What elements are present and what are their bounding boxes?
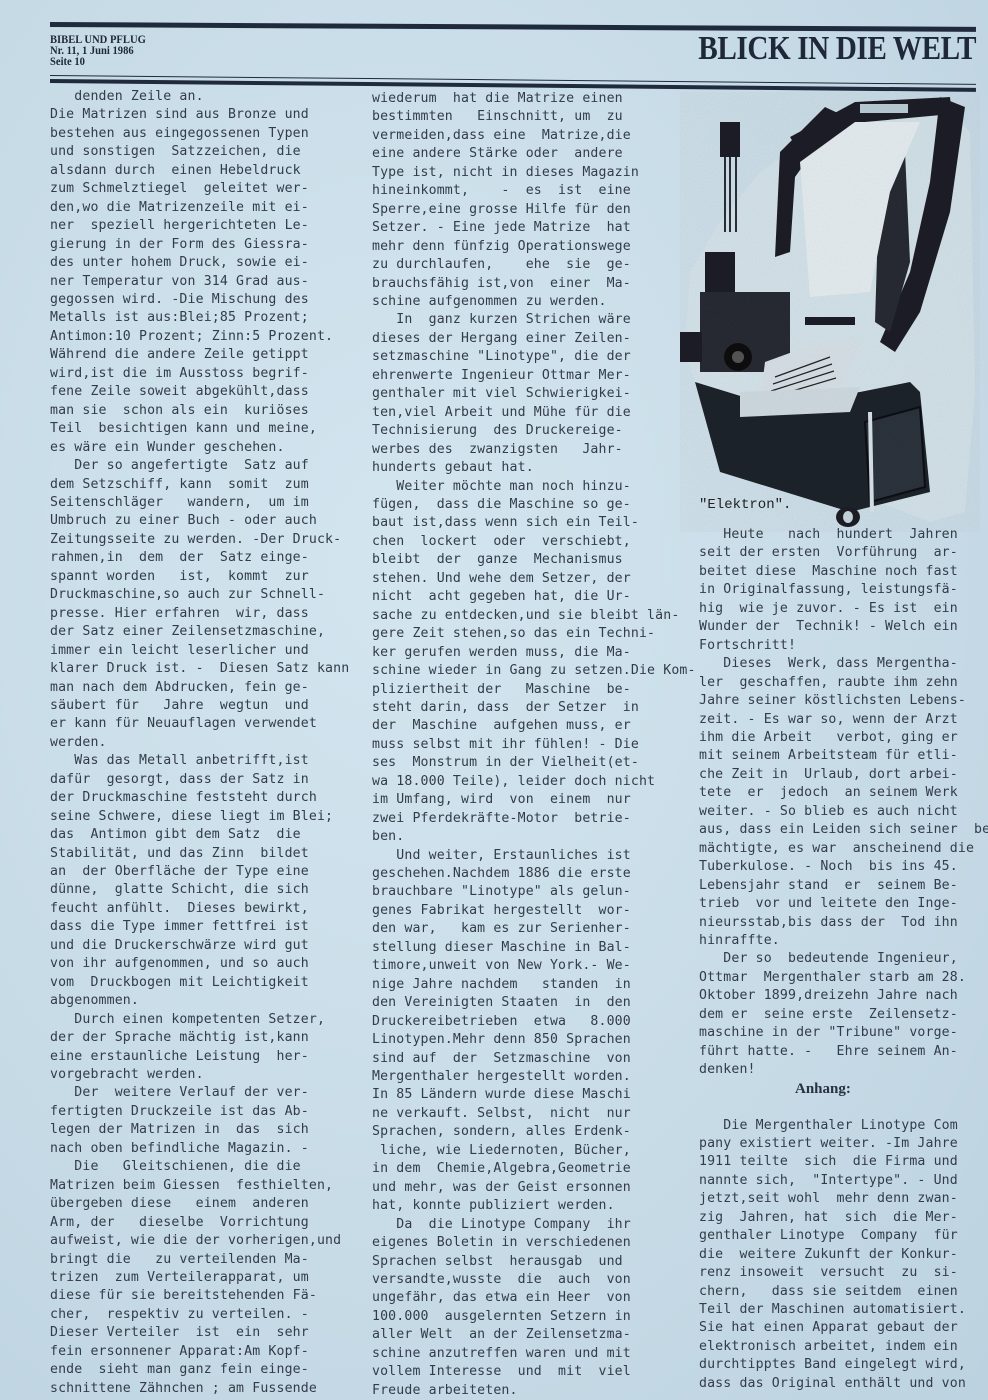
text-line: Setzer. - Eine jede Matrize hat (372, 219, 672, 237)
text-line: vermeiden,dass eine Matrize,die (372, 127, 672, 145)
text-line: Der weitere Verlauf der ver- (50, 1084, 350, 1102)
text-line: Druckereibetrieben etwa 8.000 (372, 1013, 672, 1031)
text-line: Druckmaschine,so auch zur Schnell- (50, 586, 350, 604)
text-line: das Antimon gibt dem Satz die (50, 826, 350, 844)
text-line: pany existiert weiter. -Im Jahre (699, 1135, 988, 1153)
text-line: den,wo die Matrizenzeile mit ei- (50, 199, 350, 217)
text-line: Durch einen kompetenten Setzer, (50, 1011, 350, 1029)
text-line: jetzt,seit wohl mehr denn zwan- (699, 1190, 988, 1208)
text-line: nieursstab,bis dass der Tod ihn (699, 914, 988, 932)
text-line: stellung dieser Maschine in Bal- (372, 939, 672, 957)
text-line: fene Zeile soweit abgekühlt,dass (50, 383, 350, 401)
text-line: trizen zum Verteilerapparat, um (50, 1269, 350, 1287)
text-line: Heute nach hundert Jahren (699, 526, 988, 544)
text-line: zig Jahren, hat sich die Mer- (699, 1209, 988, 1227)
text-line: ner Temperatur von 314 Grad aus- (50, 273, 350, 291)
text-line: bestehen aus eingegossenen Typen (50, 125, 350, 143)
photo-caption: "Elektron". (699, 497, 791, 513)
text-line: hinraffte. (699, 932, 988, 950)
appendix-heading: Anhang: (795, 1081, 851, 1098)
text-line: werbes des zwanzigsten Jahr- (372, 441, 672, 459)
text-line: Matrizen beim Giessen festhielten, (50, 1177, 350, 1195)
text-line: ner speziell hergerichteten Le- (50, 217, 350, 235)
text-line: Sprachen, sondern, alles Erdenk- (372, 1123, 672, 1141)
section-title: BLICK IN DIE WELT (698, 30, 976, 68)
text-line: muss selbst mit ihr fühlen! - Die (372, 736, 672, 754)
text-line: ehrenwerte Ingenieur Ottmar Mer- (372, 367, 672, 385)
text-line: ler geschaffen, raubte ihm zehn (699, 674, 988, 692)
page-number: Seite 10 (50, 57, 146, 68)
text-line: dünne, glatte Schicht, die sich (50, 881, 350, 899)
text-line: schine anzutreffen waren und mit (372, 1345, 672, 1363)
text-line: mehr denn fünfzig Operationswege (372, 238, 672, 256)
text-line: genthaler mit viel Schwierigkei- (372, 385, 672, 403)
text-line: Der so angefertigte Satz auf (50, 457, 350, 475)
text-line: wird,ist die im Ausstoss begrif- (50, 365, 350, 383)
text-line: aller Welt an der Zeilensetzma- (372, 1326, 672, 1344)
text-line: hineinkommt, - es ist eine (372, 182, 672, 200)
text-line: feucht anfühlt. Dieses bewirkt, (50, 900, 350, 918)
text-line: elektronisch arbeitet, indem ein (699, 1338, 988, 1356)
text-line: denken! (699, 1061, 988, 1079)
text-line: genes Fabrikat hergestellt wor- (372, 902, 672, 920)
text-line: Während die andere Zeile getippt (50, 346, 350, 364)
text-line: zwei Pferdekräfte-Motor betrie- (372, 810, 672, 828)
text-line: immer ein leicht leserlicher und (50, 642, 350, 660)
text-line: brauchsfähig ist,von einer Ma- (372, 275, 672, 293)
text-line: brauchbare "Linotype" als gelun- (372, 883, 672, 901)
text-line: alsdann durch einen Hebeldruck (50, 162, 350, 180)
text-line: che Zeit in Urlaub, dort arbei- (699, 766, 988, 784)
text-line: Der so bedeutende Ingenieur, (699, 950, 988, 968)
text-line: die weitere Zukunft der Konkur- (699, 1246, 988, 1264)
text-line: fertigten Druckzeile ist das Ab- (50, 1103, 350, 1121)
text-line: ihm die Arbeit verbot, ging er (699, 729, 988, 747)
text-line: presse. Hier erfahren wir, dass (50, 605, 350, 623)
text-line: den Vereinigten Staaten in den (372, 994, 672, 1012)
text-line: Mergenthaler hergestellt worden. (372, 1068, 672, 1086)
text-line: eine andere Stärke oder andere (372, 145, 672, 163)
text-line: der der Sprache mächtig ist,kann (50, 1029, 350, 1047)
text-line: Tuberkulose. - Noch bis ins 45. (699, 858, 988, 876)
text-line: Zeitungsseite zu werden. -Der Druck- (50, 531, 350, 549)
text-line: bringt die zu verteilenden Ma- (50, 1251, 350, 1269)
text-line: nannte sich, "Intertype". - Und (699, 1172, 988, 1190)
text-line: Wunder der Technik! - Welch ein (699, 618, 988, 636)
text-line: Da die Linotype Company ihr (372, 1216, 672, 1234)
text-line: wiederum hat die Matrize einen (372, 90, 672, 108)
text-line: hig wie je zuvor. - Es ist ein (699, 600, 988, 618)
text-line: nach oben befindliche Magazin. - (50, 1140, 350, 1158)
text-line: Oktober 1899,dreizehn Jahre nach (699, 987, 988, 1005)
text-line: gegossen wird. -Die Mischung des (50, 291, 350, 309)
text-line: der Satz einer Zeilensetzmaschine, (50, 623, 350, 641)
text-line: in Originalfassung, leistungsfä- (699, 581, 988, 599)
text-line: Die Matrizen sind aus Bronze und (50, 106, 350, 124)
text-line: maschine in der "Tribune" vorge- (699, 1024, 988, 1042)
text-line: hat, konnte publiziert werden. (372, 1197, 672, 1215)
text-line: zum Schmelztiegel geleitet wer- (50, 180, 350, 198)
text-line: Antimon:10 Prozent; Zinn:5 Prozent. (50, 328, 350, 346)
text-line: klarer Druck ist. - Diesen Satz kann (50, 660, 350, 678)
text-line: In ganz kurzen Strichen wäre (372, 311, 672, 329)
text-line: es wäre ein Wunder geschehen. (50, 439, 350, 457)
text-line: weiter. - So blieb es auch nicht (699, 803, 988, 821)
text-line: timore,unweit von New York.- We- (372, 957, 672, 975)
text-line: rahmen,in dem der Satz einge- (50, 549, 350, 567)
text-line: beitet diese Maschine noch fast (699, 563, 988, 581)
text-line: baut ist,dass wenn sich ein Teil- (372, 514, 672, 532)
text-line: wa 18.000 Teile), leider doch nicht (372, 773, 672, 791)
text-line: pliziertheit der Maschine be- (372, 681, 672, 699)
text-line: fein ersonnener Apparat:Am Kopf- (50, 1343, 350, 1361)
text-line: übergeben diese einem anderen (50, 1195, 350, 1213)
text-line: von ihr aufgenommen, und so auch (50, 955, 350, 973)
text-line: gere Zeit stehen,so das ein Techni- (372, 625, 672, 643)
text-line: sind auf der Setzmaschine von (372, 1050, 672, 1068)
text-line: cher, respektiv zu verteilen. - (50, 1306, 350, 1324)
text-line: ne verkauft. Selbst, nicht nur (372, 1105, 672, 1123)
text-line: ben. (372, 828, 672, 846)
text-line: versandte,wusste die auch von (372, 1271, 672, 1289)
text-line: Lebensjahr stand er seinem Be- (699, 877, 988, 895)
text-line: ten,viel Arbeit und Mühe für die (372, 404, 672, 422)
text-line: genthaler Linotype Company für (699, 1227, 988, 1245)
linotype-machine-photo (680, 92, 980, 532)
text-line: dafür gesorgt, dass der Satz in (50, 771, 350, 789)
text-line: gierung in der Form des Giessra- (50, 236, 350, 254)
text-line: man nach dem Abdrucken, fein ge- (50, 679, 350, 697)
text-line: Die Mergenthaler Linotype Com (699, 1117, 988, 1135)
text-line: fügen, dass die Maschine so ge- (372, 496, 672, 514)
text-line: liche, wie Liedernoten, Bücher, (372, 1142, 672, 1160)
text-line: Was das Metall anbetrifft,ist (50, 752, 350, 770)
text-line: ende sieht man ganz fein einge- (50, 1361, 350, 1379)
text-line: in dem Chemie,Algebra,Geometrie (372, 1160, 672, 1178)
text-line: stehen. Und wehe dem Setzer, der (372, 570, 672, 588)
text-line: schine wieder in Gang zu setzen.Die Kom- (372, 662, 672, 680)
text-line: dass die Type immer fettfrei ist (50, 918, 350, 936)
text-line: Jahre seiner köstlichsten Lebens- (699, 692, 988, 710)
text-line: chern, dass sie seitdem einen (699, 1283, 988, 1301)
text-line: durchtipptes Band eingelegt wird, (699, 1356, 988, 1374)
text-line: Die Gleitschienen, die die (50, 1158, 350, 1176)
text-line: und sonstigen Satzzeichen, die (50, 143, 350, 161)
text-line: tete er jedoch an seinem Werk (699, 784, 988, 802)
masthead-info: BIBEL UND PFLUG Nr. 11, 1 Juni 1986 Seit… (50, 35, 146, 68)
text-line: der Druckmaschine feststeht durch (50, 789, 350, 807)
text-line: Dieser Verteiler ist ein sehr (50, 1324, 350, 1342)
text-line: Fortschritt! (699, 637, 988, 655)
text-line: des unter hohem Druck, sowie ei- (50, 254, 350, 272)
text-line: zu durchlaufen, ehe sie ge- (372, 256, 672, 274)
text-line: er kann für Neuauflagen verwendet (50, 715, 350, 733)
text-line: eigenes Boletin in verschiedenen (372, 1234, 672, 1252)
text-line: Metalls ist aus:Blei;85 Prozent; (50, 309, 350, 327)
text-line: den war, kam es zur Serienher- (372, 920, 672, 938)
text-line: dass das Original enthält und von (699, 1375, 988, 1393)
text-line (699, 1098, 988, 1116)
text-line: setzmaschine "Linotype", die der (372, 348, 672, 366)
text-line: seine Schwere, diese liegt im Blei; (50, 808, 350, 826)
text-line: trieb vor und leitete den Inge- (699, 895, 988, 913)
text-line: Sie hat einen Apparat gebaut der (699, 1319, 988, 1337)
text-line: ses Monstrum in der Vielheit(et- (372, 754, 672, 772)
text-line: dem er seine erste Zeilensetz- (699, 1006, 988, 1024)
text-line: seit der ersten Vorführung ar- (699, 544, 988, 562)
text-line: Teil der Maschinen automatisiert. (699, 1301, 988, 1319)
text-line: nige Jahre nachdem standen in (372, 976, 672, 994)
text-line: abgenommen. (50, 992, 350, 1010)
text-line: hunderts gebaut hat. (372, 459, 672, 477)
text-line: vorgebracht werden. (50, 1066, 350, 1084)
text-line: aufweist, wie die der vorherigen,und (50, 1232, 350, 1250)
text-line: schine aufgenommen zu werden. (372, 293, 672, 311)
text-line: Dieses Werk, dass Mergentha- (699, 655, 988, 673)
text-line: Weiter möchte man noch hinzu- (372, 478, 672, 496)
text-line: 1911 teilte sich die Firma und (699, 1153, 988, 1171)
text-line: Type ist, nicht in dieses Magazin (372, 164, 672, 182)
text-line: 100.000 ausgelernten Setzern in (372, 1308, 672, 1326)
text-line: schnittene Zähnchen ; am Fussende (50, 1380, 350, 1398)
text-line: man sie schon als ein kuriöses (50, 402, 350, 420)
text-line: säubert für Jahre wegtun und (50, 697, 350, 715)
text-line: Linotypen.Mehr denn 850 Sprachen (372, 1031, 672, 1049)
text-line: dieses der Hergang einer Zeilen- (372, 330, 672, 348)
text-line: chen lockert oder verschiebt, (372, 533, 672, 551)
text-line: an der Oberfläche der Type eine (50, 863, 350, 881)
text-line: ker gerufen werden muss, die Ma- (372, 644, 672, 662)
text-line: zeit. - Es war so, wenn der Arzt (699, 711, 988, 729)
text-line: diese für sie bereitstehenden Fä- (50, 1287, 350, 1305)
text-line: dem Setzschiff, kann somit zum (50, 476, 350, 494)
text-line: im Umfang, wird von einem nur (372, 791, 672, 809)
text-line: In 85 Ländern wurde diese Maschi (372, 1086, 672, 1104)
text-line: Ottmar Mergenthaler starb am 28. (699, 969, 988, 987)
text-line: steht darin, dass der Setzer in (372, 699, 672, 717)
text-line: Arm, der dieselbe Vorrichtung (50, 1214, 350, 1232)
article-column-2: wiederum hat die Matrize einenbestimmten… (372, 90, 672, 1400)
text-line: legen der Matrizen in das sich (50, 1121, 350, 1139)
text-line: vollem Interesse und mit viel (372, 1363, 672, 1381)
text-line: der Maschine aufgehen muss, er (372, 717, 672, 735)
text-line: vom Druckbogen mit Leichtigkeit (50, 974, 350, 992)
text-line: Teil besichtigen kann und meine, (50, 420, 350, 438)
text-line: Freude arbeiteten. (372, 1382, 672, 1400)
text-line: werden. (50, 734, 350, 752)
text-line: Und weiter, Erstaunliches ist (372, 847, 672, 865)
text-line: nicht acht gegeben hat, die Ur- (372, 588, 672, 606)
machine-illustration-icon (680, 92, 980, 532)
text-line: sache zu entdecken,und sie bleibt län- (372, 607, 672, 625)
text-line: bleibt der ganze Mechanismus (372, 551, 672, 569)
text-line: führt hatte. - Ehre seinem An- (699, 1043, 988, 1061)
article-column-3: Heute nach hundert Jahrenseit der ersten… (699, 526, 988, 1393)
text-line: bestimmten Einschnitt, um zu (372, 108, 672, 126)
text-line: denden Zeile an. (50, 88, 350, 106)
text-line: Umbruch zu einer Buch - oder auch (50, 512, 350, 530)
text-line: Seitenschläger wandern, um im (50, 494, 350, 512)
text-line: Technisierung des Druckereige- (372, 422, 672, 440)
text-line: mit seinem Arbeitsteam für etli- (699, 747, 988, 765)
text-line: spannt worden ist, kommt zur (50, 568, 350, 586)
text-line: und die Druckerschwärze wird gut (50, 937, 350, 955)
text-line: Sperre,eine grosse Hilfe für den (372, 201, 672, 219)
text-line: renz insoweit versucht zu si- (699, 1264, 988, 1282)
article-column-1: denden Zeile an.Die Matrizen sind aus Br… (50, 88, 350, 1398)
text-line: eine erstaunliche Leistung her- (50, 1048, 350, 1066)
text-line: ungefähr, das etwa ein Heer von (372, 1289, 672, 1307)
text-line: geschehen.Nachdem 1886 die erste (372, 865, 672, 883)
text-line: mächtigte, es war anscheinend die (699, 840, 988, 858)
text-line: und mehr, was der Geist ersonnen (372, 1179, 672, 1197)
text-line: aus, dass ein Leiden sich seiner be- (699, 821, 988, 839)
text-line: Stabilität, und das Zinn bildet (50, 845, 350, 863)
text-line: Sprachen selbst herausgab und (372, 1253, 672, 1271)
